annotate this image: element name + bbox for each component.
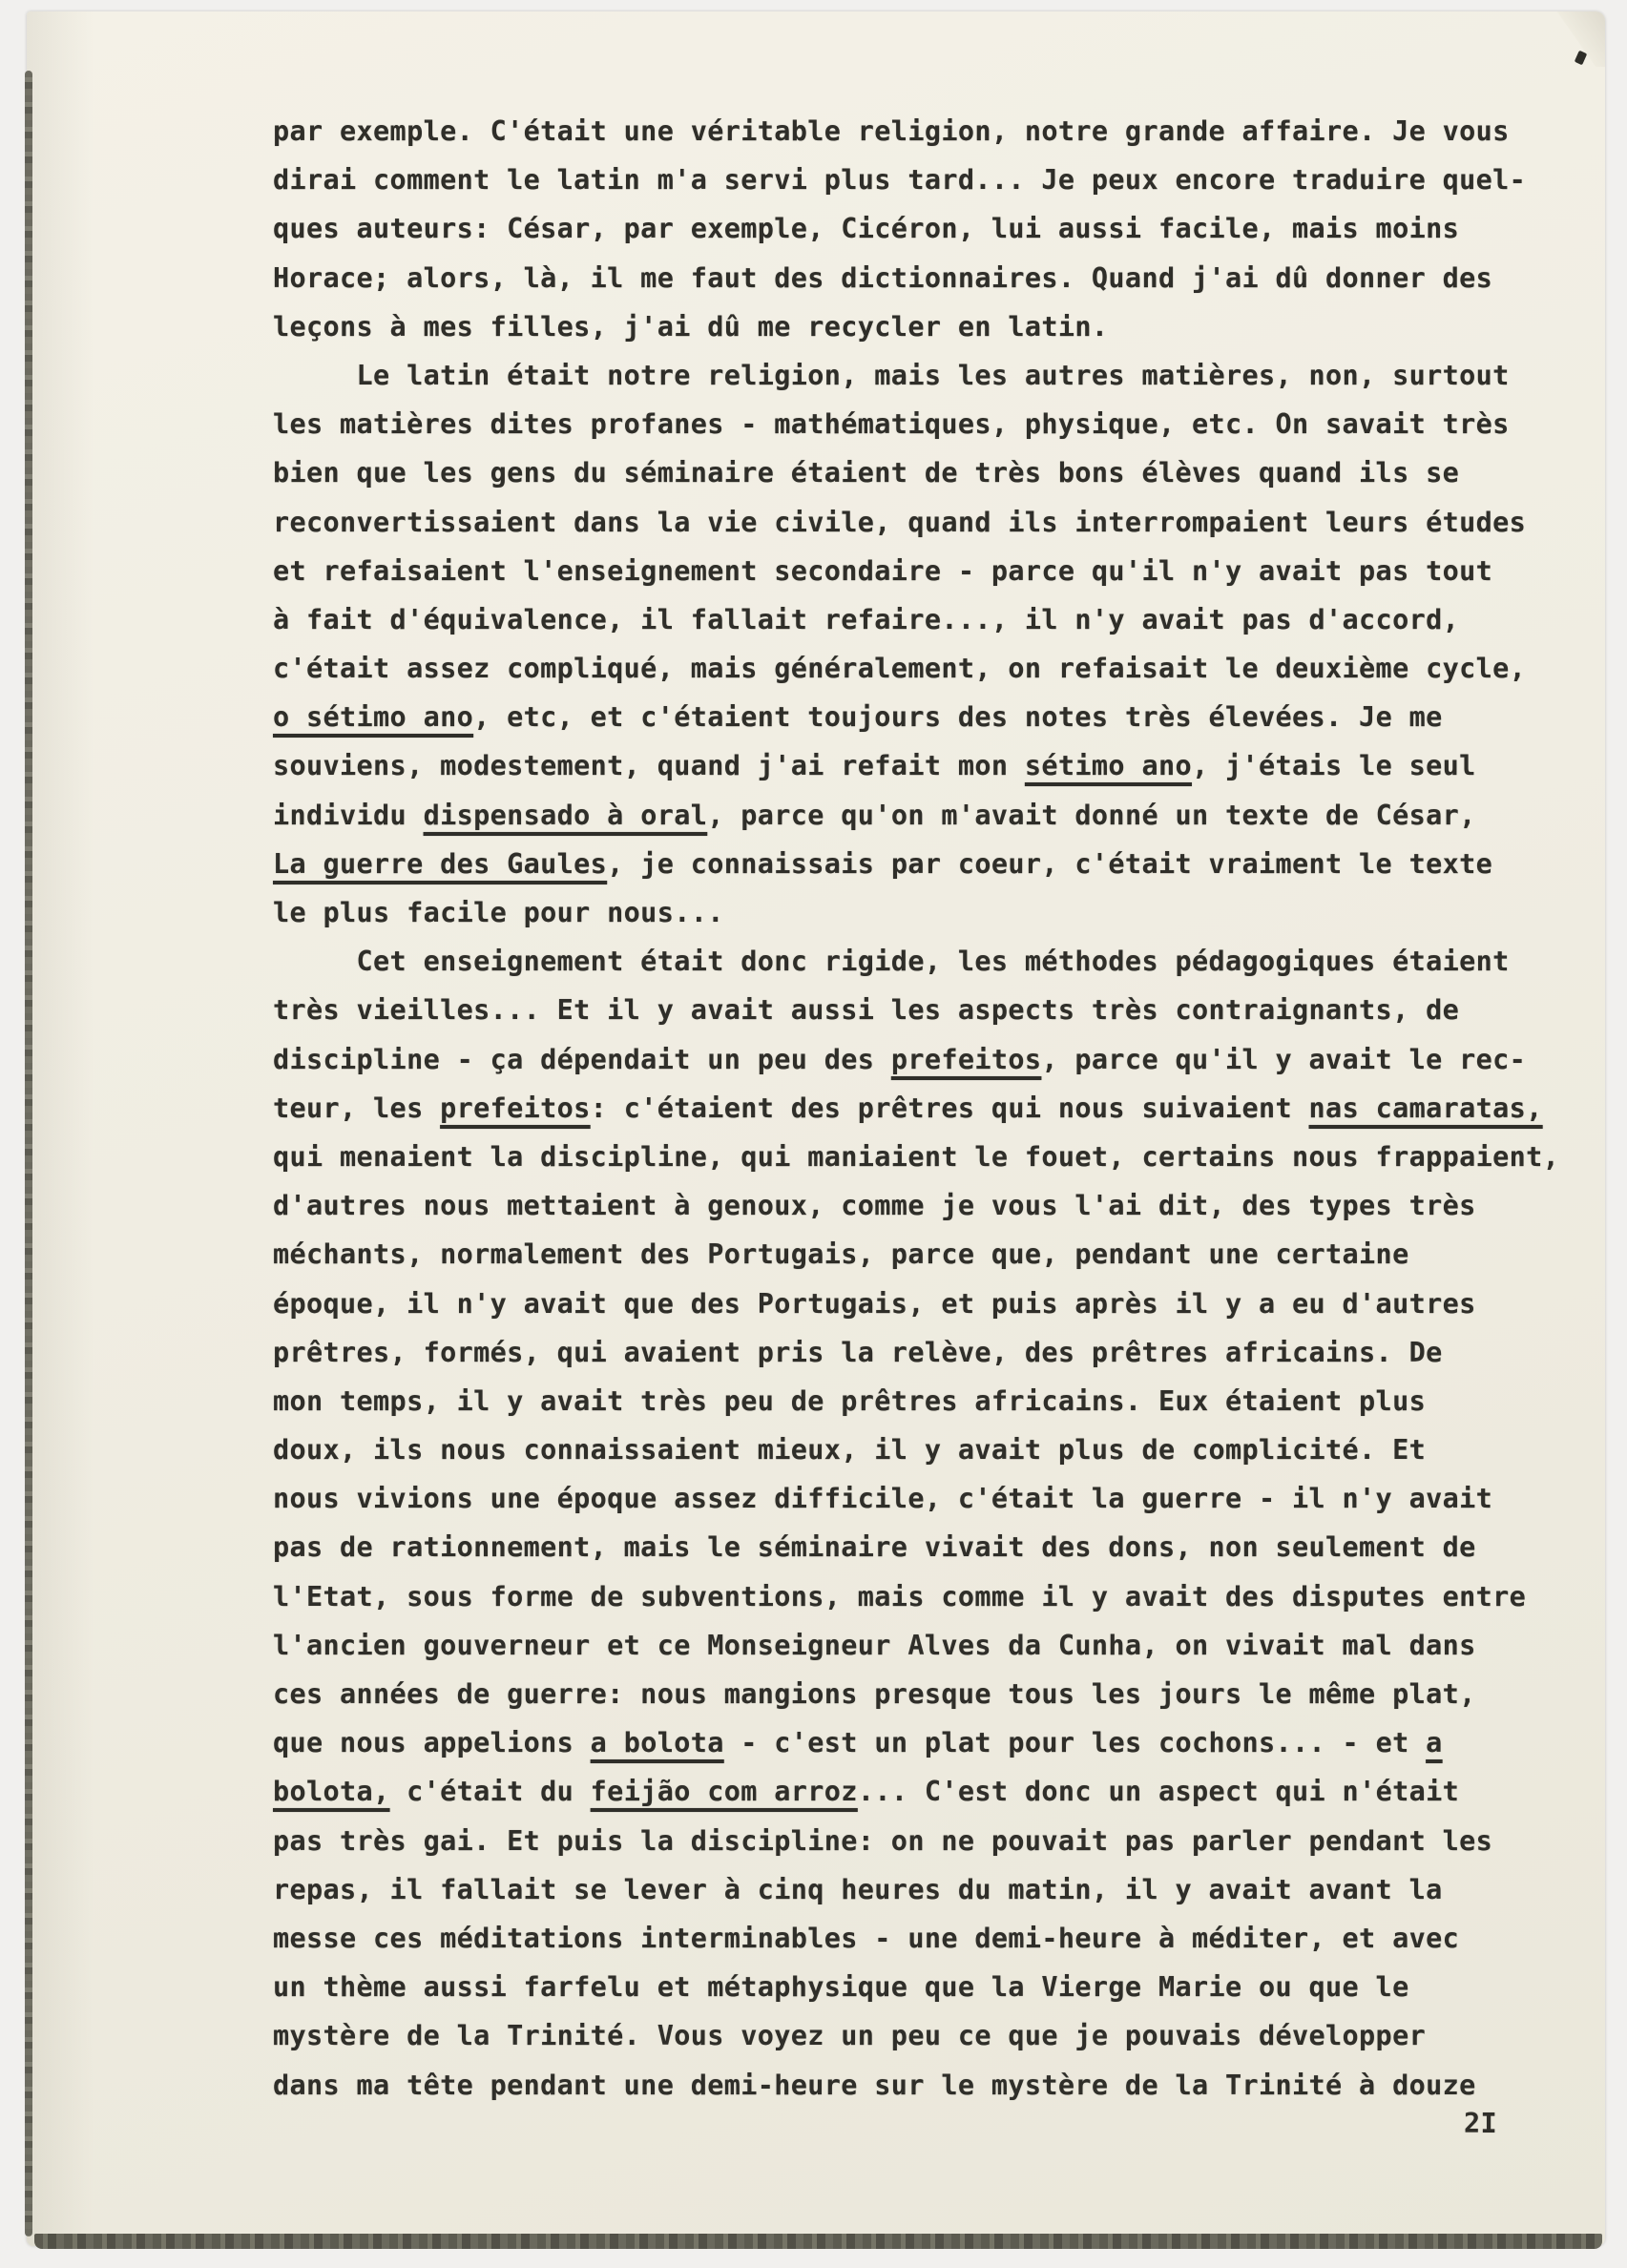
text-segment: - c'est un plat pour les cochons... - et <box>724 1727 1426 1758</box>
text-line: discipline - ça dépendait un peu des pre… <box>273 1035 1559 1084</box>
page-number: 2I <box>1464 2099 1497 2148</box>
underlined-phrase: o sétimo ano <box>273 701 473 733</box>
text-segment: très vieilles... Et il y avait aussi les… <box>273 994 1459 1026</box>
text-segment: prêtres, formés, qui avaient pris la rel… <box>273 1337 1443 1368</box>
text-line: prêtres, formés, qui avaient pris la rel… <box>273 1328 1559 1377</box>
text-segment: dirai comment le latin m'a servi plus ta… <box>273 164 1526 196</box>
text-segment: nous vivions une époque assez difficile,… <box>273 1483 1492 1514</box>
text-segment: l'ancien gouverneur et ce Monseigneur Al… <box>273 1630 1476 1661</box>
text-segment: que nous appelions <box>273 1727 591 1758</box>
text-segment: pas de rationnement, mais le séminaire v… <box>273 1531 1476 1563</box>
underlined-phrase: prefeitos <box>891 1044 1042 1075</box>
text-segment: : c'étaient des prêtres qui nous suivaie… <box>591 1092 1309 1124</box>
text-line: que nous appelions a bolota - c'est un p… <box>273 1718 1559 1767</box>
underlined-phrase: bolota, <box>273 1776 390 1807</box>
text-segment: par exemple. C'était une véritable relig… <box>273 115 1510 147</box>
text-line: messe ces méditations interminables - un… <box>273 1914 1559 1963</box>
text-segment: Cet enseignement était donc rigide, les … <box>273 946 1510 977</box>
text-line: c'était assez compliqué, mais généraleme… <box>273 644 1559 693</box>
text-line: l'Etat, sous forme de subventions, mais … <box>273 1572 1559 1621</box>
text-segment: qui menaient la discipline, qui maniaien… <box>273 1141 1559 1173</box>
text-segment: à fait d'équivalence, il fallait refaire… <box>273 604 1459 635</box>
page-bottom-edge-shadow <box>34 2234 1602 2249</box>
text-line: par exemple. C'était une véritable relig… <box>273 107 1559 156</box>
text-segment: dans ma tête pendant une demi-heure sur … <box>273 2070 1476 2101</box>
text-segment: méchants, normalement des Portugais, par… <box>273 1238 1409 1270</box>
typewritten-text: par exemple. C'était une véritable relig… <box>273 107 1559 2110</box>
underlined-phrase: nas camaratas, <box>1309 1092 1543 1124</box>
text-line: méchants, normalement des Portugais, par… <box>273 1230 1559 1279</box>
text-segment: mystère de la Trinité. Vous voyez un peu… <box>273 2020 1426 2051</box>
text-line: La guerre des Gaules, je connaissais par… <box>273 840 1559 888</box>
text-segment: , j'étais le seul <box>1192 750 1476 781</box>
text-segment: bien que les gens du séminaire étaient d… <box>273 457 1459 489</box>
text-segment: souviens, modestement, quand j'ai refait… <box>273 750 1025 781</box>
text-segment: c'était du <box>390 1776 591 1807</box>
underlined-phrase: feijão com arroz <box>591 1776 858 1807</box>
text-line: Le latin était notre religion, mais les … <box>273 351 1559 400</box>
document-page: par exemple. C'était une véritable relig… <box>27 11 1605 2246</box>
text-line: bien que les gens du séminaire étaient d… <box>273 448 1559 497</box>
text-segment: repas, il fallait se lever à cinq heures… <box>273 1874 1443 1905</box>
text-line: nous vivions une époque assez difficile,… <box>273 1474 1559 1523</box>
text-line: un thème aussi farfelu et métaphysique q… <box>273 1963 1559 2011</box>
text-segment: , je connaissais par coeur, c'était vrai… <box>607 848 1492 880</box>
text-line: d'autres nous mettaient à genoux, comme … <box>273 1181 1559 1230</box>
text-segment: époque, il n'y avait que des Portugais, … <box>273 1288 1476 1320</box>
text-line: ques auteurs: César, par exemple, Cicéro… <box>273 204 1559 253</box>
text-line: souviens, modestement, quand j'ai refait… <box>273 741 1559 790</box>
underlined-phrase: dispensado à oral <box>424 800 708 831</box>
text-line: bolota, c'était du feijão com arroz... C… <box>273 1767 1559 1816</box>
text-line: doux, ils nous connaissaient mieux, il y… <box>273 1425 1559 1474</box>
text-line: Cet enseignement était donc rigide, les … <box>273 937 1559 986</box>
text-segment: c'était assez compliqué, mais généraleme… <box>273 653 1526 684</box>
underlined-phrase: La guerre des Gaules <box>273 848 607 880</box>
text-line: et refaisaient l'enseignement secondaire… <box>273 547 1559 595</box>
text-segment: reconvertissaient dans la vie civile, qu… <box>273 507 1526 538</box>
text-segment: ... C'est donc un aspect qui n'était <box>858 1776 1459 1807</box>
text-segment: Horace; alors, là, il me faut des dictio… <box>273 262 1492 294</box>
text-line: teur, les prefeitos: c'étaient des prêtr… <box>273 1084 1559 1133</box>
text-segment: Le latin était notre religion, mais les … <box>273 360 1510 391</box>
text-segment: , parce qu'on m'avait donné un texte de … <box>707 800 1475 831</box>
underlined-phrase: sétimo ano <box>1025 750 1192 781</box>
text-segment: et refaisaient l'enseignement secondaire… <box>273 555 1492 587</box>
text-line: les matières dites profanes - mathématiq… <box>273 400 1559 448</box>
text-line: à fait d'équivalence, il fallait refaire… <box>273 595 1559 644</box>
text-segment: , etc, et c'étaient toujours des notes t… <box>473 701 1443 733</box>
text-line: l'ancien gouverneur et ce Monseigneur Al… <box>273 1621 1559 1670</box>
text-line: reconvertissaient dans la vie civile, qu… <box>273 498 1559 547</box>
text-line: époque, il n'y avait que des Portugais, … <box>273 1280 1559 1328</box>
text-segment: ques auteurs: César, par exemple, Cicéro… <box>273 213 1459 244</box>
underlined-phrase: a <box>1426 1727 1443 1758</box>
text-line: o sétimo ano, etc, et c'étaient toujours… <box>273 693 1559 741</box>
text-segment: mon temps, il y avait très peu de prêtre… <box>273 1385 1426 1417</box>
text-segment: messe ces méditations interminables - un… <box>273 1923 1459 1954</box>
text-segment: , parce qu'il y avait le rec- <box>1041 1044 1526 1075</box>
text-segment: l'Etat, sous forme de subventions, mais … <box>273 1581 1526 1613</box>
text-line: repas, il fallait se lever à cinq heures… <box>273 1865 1559 1914</box>
text-segment: discipline - ça dépendait un peu des <box>273 1044 891 1075</box>
text-line: Horace; alors, là, il me faut des dictio… <box>273 254 1559 302</box>
text-line: mon temps, il y avait très peu de prêtre… <box>273 1377 1559 1425</box>
text-segment: un thème aussi farfelu et métaphysique q… <box>273 1971 1409 2003</box>
text-segment: le plus facile pour nous... <box>273 897 724 928</box>
text-line: qui menaient la discipline, qui maniaien… <box>273 1133 1559 1181</box>
text-segment: leçons à mes filles, j'ai dû me recycler… <box>273 311 1108 343</box>
text-segment: les matières dites profanes - mathématiq… <box>273 408 1510 440</box>
text-segment: ces années de guerre: nous mangions pres… <box>273 1678 1476 1710</box>
text-line: mystère de la Trinité. Vous voyez un peu… <box>273 2011 1559 2060</box>
text-segment: teur, les <box>273 1092 440 1124</box>
text-segment: doux, ils nous connaissaient mieux, il y… <box>273 1434 1426 1466</box>
text-line: leçons à mes filles, j'ai dû me recycler… <box>273 302 1559 351</box>
text-line: pas très gai. Et puis la discipline: on … <box>273 1817 1559 1865</box>
text-line: pas de rationnement, mais le séminaire v… <box>273 1523 1559 1571</box>
text-line: dirai comment le latin m'a servi plus ta… <box>273 156 1559 204</box>
text-segment: d'autres nous mettaient à genoux, comme … <box>273 1190 1476 1221</box>
text-line: le plus facile pour nous... <box>273 888 1559 937</box>
page-corner-fold <box>1531 11 1605 67</box>
text-segment: pas très gai. Et puis la discipline: on … <box>273 1825 1492 1857</box>
page-left-edge-shadow <box>25 71 32 2237</box>
text-line: ces années de guerre: nous mangions pres… <box>273 1670 1559 1718</box>
text-line: dans ma tête pendant une demi-heure sur … <box>273 2061 1559 2110</box>
text-line: individu dispensado à oral, parce qu'on … <box>273 791 1559 840</box>
text-segment: individu <box>273 800 424 831</box>
text-line: très vieilles... Et il y avait aussi les… <box>273 986 1559 1034</box>
underlined-phrase: prefeitos <box>440 1092 591 1124</box>
underlined-phrase: a bolota <box>591 1727 724 1758</box>
